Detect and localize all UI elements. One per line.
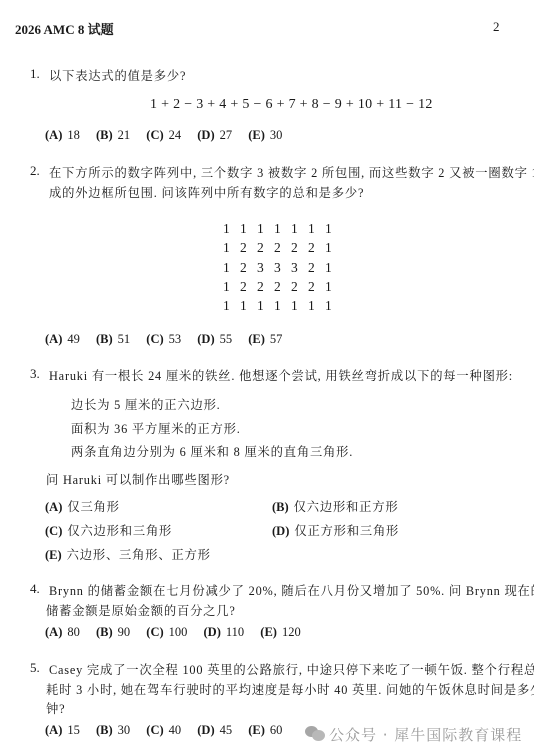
question-number: 2. — [30, 163, 40, 179]
option-a: (A)仅三角形 — [45, 497, 120, 515]
question-text-line-1: 在下方所示的数字阵列中, 三个数字 3 被数字 2 所包围, 而这些数字 2 又… — [49, 163, 534, 181]
question-number: 5. — [30, 660, 40, 676]
array-row: 1111111 — [223, 298, 342, 317]
question-number: 4. — [30, 581, 40, 597]
wechat-icon — [305, 726, 325, 741]
option-d: (D)27 — [197, 128, 232, 142]
option-e: (E)60 — [248, 723, 282, 737]
answer-options: (A)15 (B)30 (C)40 (D)45 (E)60 — [45, 723, 295, 738]
answer-options: (A)49 (B)51 (C)53 (D)55 (E)57 — [45, 332, 295, 347]
shape-item-square: 面积为 36 平方厘米的正方形. — [71, 419, 241, 437]
option-c: (C)40 — [146, 723, 181, 737]
option-d: (D)110 — [204, 625, 245, 639]
option-b: (B)90 — [96, 625, 130, 639]
answer-options: (A)80 (B)90 (C)100 (D)110 (E)120 — [45, 625, 314, 640]
page-number: 2 — [493, 19, 500, 35]
option-a: (A)80 — [45, 625, 80, 639]
question-text-line-1: Casey 完成了一次全程 100 英里的公路旅行, 中途只停下来吃了一顿午饭.… — [49, 660, 534, 678]
page-header-title: 2026 AMC 8 试题 — [15, 19, 114, 38]
answer-options: (A)18 (B)21 (C)24 (D)27 (E)30 — [45, 128, 295, 143]
option-b: (B)21 — [96, 128, 130, 142]
option-c: (C)53 — [146, 332, 181, 346]
option-b: (B)51 — [96, 332, 130, 346]
question-text-line-2: 耗时 3 小时, 她在驾车行驶时的平均速度是每小时 40 英里. 问她的午饭休息… — [46, 680, 534, 698]
question-text-line-1: Brynn 的储蓄金额在七月份减少了 20%, 随后在八月份又增加了 50%. … — [49, 581, 534, 599]
option-e: (E)57 — [248, 332, 282, 346]
question-prompt: 问 Haruki 可以制作出哪些图形? — [46, 470, 230, 488]
number-array: 1111111 1222221 1233321 1222221 1111111 — [223, 221, 342, 317]
option-c: (C)100 — [146, 625, 187, 639]
option-d: (D)55 — [197, 332, 232, 346]
shape-item-hexagon: 边长为 5 厘米的正六边形. — [71, 395, 221, 413]
watermark-text: 公众号 · 犀牛国际教育课程 — [329, 726, 522, 744]
option-e: (E)120 — [260, 625, 300, 639]
option-b: (B)30 — [96, 723, 130, 737]
option-a: (A)49 — [45, 332, 80, 346]
shape-item-triangle: 两条直角边分别为 6 厘米和 8 厘米的直角三角形. — [71, 442, 353, 460]
question-text: 以下表达式的值是多少? — [49, 66, 186, 84]
option-d: (D)45 — [197, 723, 232, 737]
option-a: (A)18 — [45, 128, 80, 142]
option-c: (C)24 — [146, 128, 181, 142]
watermark: 公众号 · 犀牛国际教育课程 — [305, 724, 522, 745]
option-a: (A)15 — [45, 723, 80, 737]
question-number: 1. — [30, 66, 40, 82]
option-e: (E)六边形、三角形、正方形 — [45, 545, 211, 563]
question-text: Haruki 有一根长 24 厘米的铁丝. 他想逐个尝试, 用铁丝弯折成以下的每… — [49, 366, 513, 384]
array-row: 1111111 — [223, 221, 342, 240]
question-text-line-3: 钟? — [46, 699, 65, 717]
option-d: (D)仅正方形和三角形 — [272, 521, 399, 539]
array-row: 1222221 — [223, 279, 342, 298]
question-number: 3. — [30, 366, 40, 382]
question-text-line-2: 成的外边框所包围. 问该阵列中所有数字的总和是多少? — [49, 183, 364, 201]
question-text-line-2: 储蓄金额是原始金额的百分之几? — [46, 601, 236, 619]
option-e: (E)30 — [248, 128, 282, 142]
math-expression: 1 + 2 − 3 + 4 + 5 − 6 + 7 + 8 − 9 + 10 +… — [150, 97, 433, 113]
array-row: 1222221 — [223, 240, 342, 259]
array-row: 1233321 — [223, 260, 342, 279]
option-b: (B)仅六边形和正方形 — [272, 497, 398, 515]
option-c: (C)仅六边形和三角形 — [45, 521, 172, 539]
